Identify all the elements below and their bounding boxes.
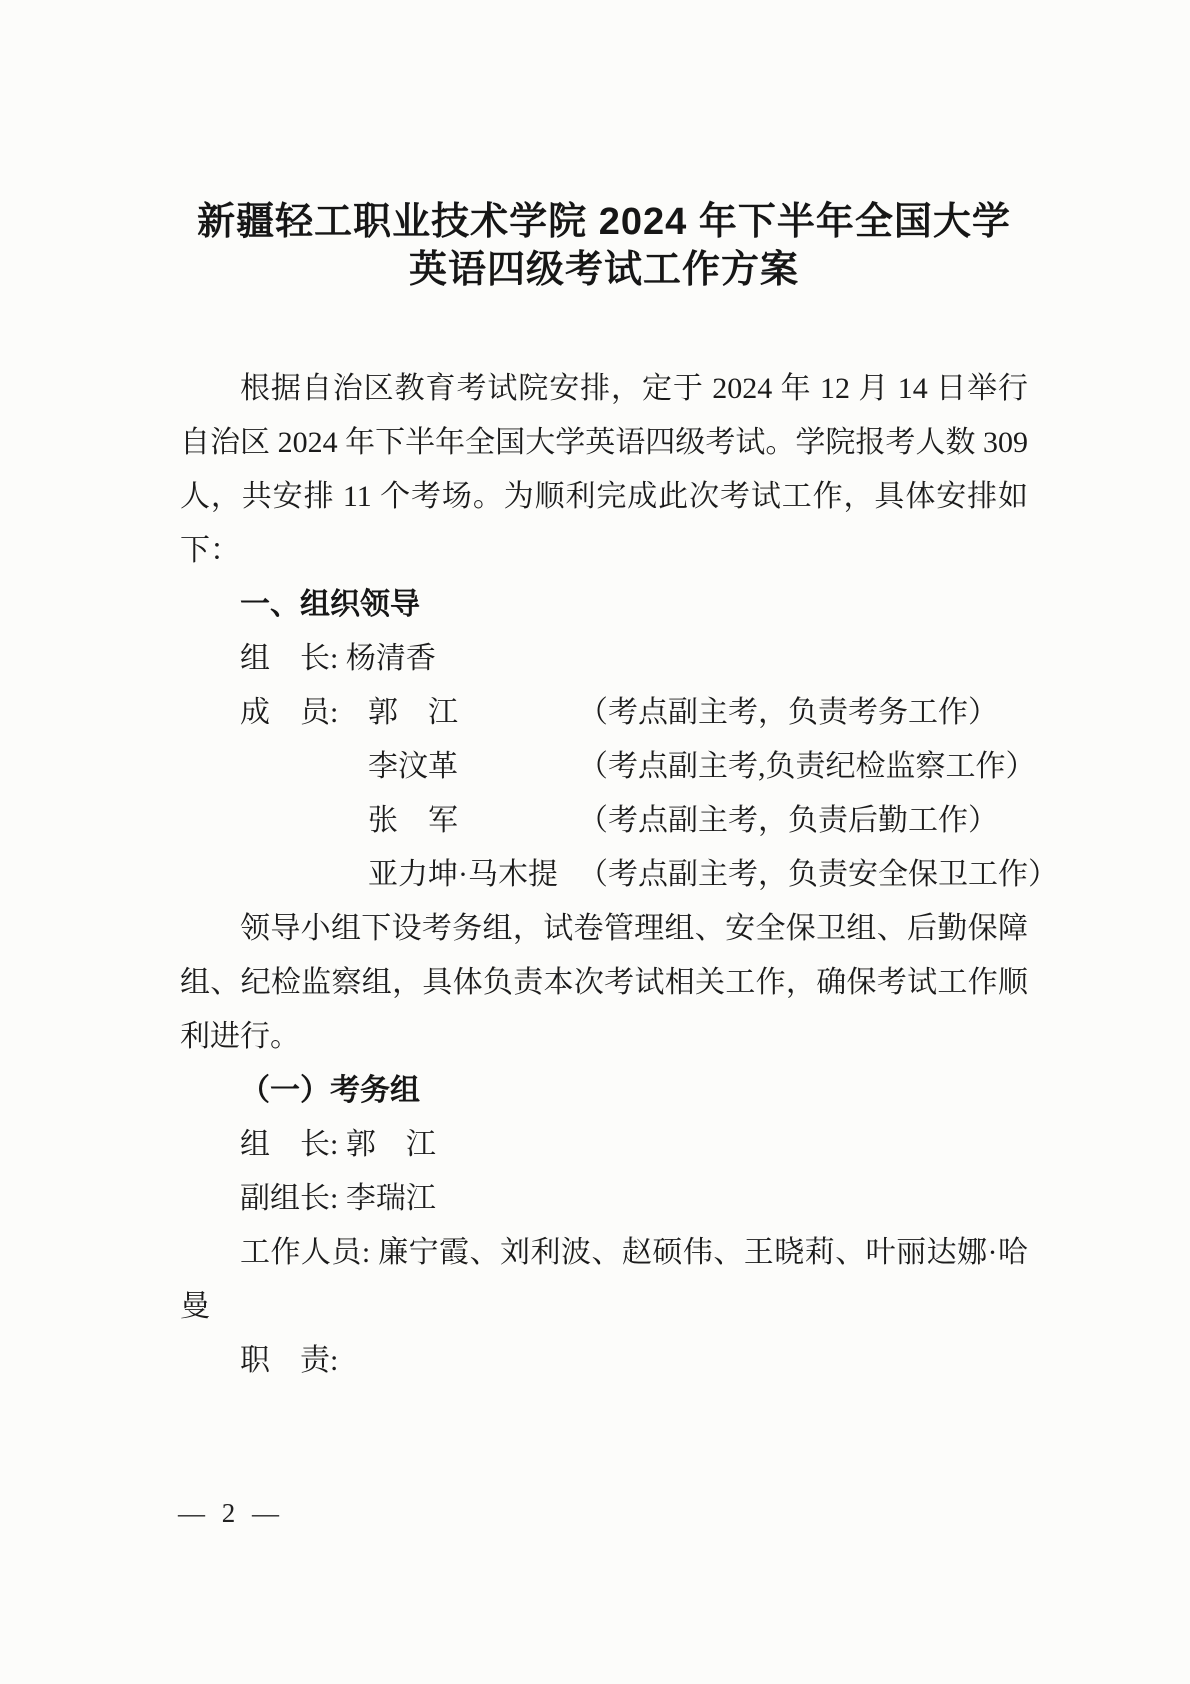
organization-note-paragraph: 领导小组下设考务组，试卷管理组、安全保卫组、后勤保障组、纪检监察组，具体负责本次… bbox=[180, 902, 1028, 1064]
member-name: 张 军 bbox=[368, 794, 578, 848]
member-row: 郭 江 （考点副主考，负责考务工作） bbox=[368, 686, 1058, 740]
document-content: 新疆轻工职业技术学院 2024 年下半年全国大学 英语四级考试工作方案 根据自治… bbox=[180, 198, 1028, 1388]
document-page: 新疆轻工职业技术学院 2024 年下半年全国大学 英语四级考试工作方案 根据自治… bbox=[0, 0, 1190, 1684]
staff-label: 工作人员: bbox=[240, 1236, 378, 1269]
subsection-heading-exam-affairs: （一）考务组 bbox=[180, 1064, 1028, 1118]
member-name: 郭 江 bbox=[368, 686, 578, 740]
document-body: 根据自治区教育考试院安排，定于 2024 年 12 月 14 日举行自治区 20… bbox=[180, 362, 1028, 1388]
member-row: 李汶革 （考点副主考,负责纪检监察工作） bbox=[368, 740, 1058, 794]
document-title: 新疆轻工职业技术学院 2024 年下半年全国大学 英语四级考试工作方案 bbox=[180, 198, 1028, 294]
member-name: 李汶革 bbox=[368, 740, 578, 794]
member-note: （考点副主考，负责安全保卫工作） bbox=[578, 848, 1058, 902]
exam-affairs-deputy-line: 副组长: 李瑞江 bbox=[180, 1172, 1028, 1226]
member-note: （考点副主考,负责纪检监察工作） bbox=[578, 740, 1036, 794]
exam-affairs-staff-paragraph: 工作人员: 廉宁霞、刘利波、赵硕伟、王晓莉、叶丽达娜·哈曼 bbox=[180, 1226, 1028, 1334]
member-note: （考点副主考，负责考务工作） bbox=[578, 686, 998, 740]
members-block: 成 员: 郭 江 （考点副主考，负责考务工作） 李汶革 （考点副主考,负责纪检监… bbox=[180, 686, 1028, 902]
intro-paragraph: 根据自治区教育考试院安排，定于 2024 年 12 月 14 日举行自治区 20… bbox=[180, 362, 1028, 578]
exam-affairs-duty-line: 职 责: bbox=[180, 1334, 1028, 1388]
document-title-line1: 新疆轻工职业技术学院 2024 年下半年全国大学 bbox=[180, 198, 1028, 246]
document-title-line2: 英语四级考试工作方案 bbox=[180, 246, 1028, 294]
section-heading-organization: 一、组织领导 bbox=[180, 578, 1028, 632]
leader-line: 组 长: 杨清香 bbox=[180, 632, 1028, 686]
members-label: 成 员: bbox=[240, 686, 368, 740]
members-rows: 郭 江 （考点副主考，负责考务工作） 李汶革 （考点副主考,负责纪检监察工作） … bbox=[368, 686, 1058, 902]
member-row: 张 军 （考点副主考，负责后勤工作） bbox=[368, 794, 1058, 848]
exam-affairs-leader-line: 组 长: 郭 江 bbox=[180, 1118, 1028, 1172]
page-number: — 2 — bbox=[178, 1498, 284, 1529]
member-row: 亚力坤·马木提 （考点副主考，负责安全保卫工作） bbox=[368, 848, 1058, 902]
member-name: 亚力坤·马木提 bbox=[368, 848, 578, 902]
member-note: （考点副主考，负责后勤工作） bbox=[578, 794, 998, 848]
